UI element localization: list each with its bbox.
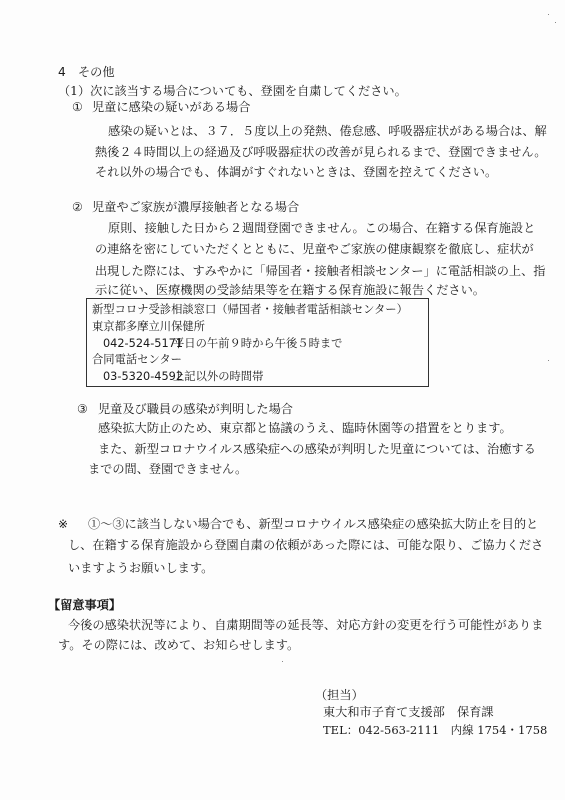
- item-title-1: 児童に感染の疑いがある場合: [92, 99, 250, 115]
- scan-speck: [548, 14, 549, 15]
- contact-office-1-hours: 平日の午前９時から午後５時まで: [173, 336, 342, 352]
- item-marker-3: ③: [77, 401, 88, 417]
- contact-office-2-phone: 03-5320-4592: [103, 369, 183, 385]
- scan-speck: [282, 661, 283, 662]
- remarks-line-2: す。その際には、改めて、お知らせします。: [58, 637, 299, 653]
- remarks-heading: 【留意事項】: [48, 597, 121, 613]
- item-1-line-1: 感染の疑いとは、３７．５度以上の発熱、倦怠感、呼吸器症状がある場合は、解: [108, 123, 547, 139]
- item-2-line-4: 示に従い、医療機関の受診結果等を在籍する保育施設に報告ください。: [95, 282, 485, 298]
- note-line-2: し、在籍する保育施設から登園自粛の依頼があった際には、可能な限り、ご協力くださ: [68, 537, 543, 553]
- document-page: 4 その他 （1）次に該当する場合についても、登園を自粛してください。 ① 児童…: [0, 0, 565, 800]
- section-heading: 4 その他: [58, 64, 115, 80]
- scan-speck: [555, 22, 556, 23]
- item-2-line-1: 原則、接触した日から２週間登園できません。この場合、在籍する保育施設と: [108, 220, 535, 236]
- contact-tel: TEL：042-563-2111 内線 1754・1758: [323, 722, 547, 738]
- consultation-contact-box: 新型コロナ受診相談窓口（帰国者・接触者電話相談センター） 東京都多摩立川保健所 …: [86, 298, 429, 387]
- item-marker-1: ①: [72, 99, 83, 115]
- item-2-line-3: 出現した際には、すみやかに「帰国者・接触者相談センター」に電話相談の上、指: [95, 263, 545, 279]
- item-1-line-2: 熱後２４時間以上の経過及び呼吸器症状の改善が見られるまで、登園できません。: [95, 144, 546, 160]
- section-subheading: （1）次に該当する場合についても、登園を自粛してください。: [58, 83, 407, 99]
- note-line-1: ①～③に該当しない場合でも、新型コロナウイルス感染症の感染拡大防止を目的と: [88, 516, 538, 532]
- contact-label: （担当）: [315, 687, 364, 703]
- scan-speck: [548, 360, 549, 361]
- note-line-3: いますようお願いします。: [68, 560, 213, 576]
- contact-office-1: 東京都多摩立川保健所: [92, 319, 205, 335]
- item-title-2: 児童やご家族が濃厚接触者となる場合: [92, 199, 299, 215]
- contact-office-1-phone: 042-524-5171: [103, 336, 183, 352]
- item-1-line-3: それ以外の場合でも、体調がすぐれないときは、登園を控えてください。: [95, 164, 497, 180]
- item-title-3: 児童及び職員の感染が判明した場合: [98, 401, 293, 417]
- item-3-line-1: 感染拡大防止のため、東京都と協議のうえ、臨時休園等の措置をとります。: [98, 420, 512, 436]
- item-3-line-3: までの間、登園できません。: [88, 461, 247, 477]
- contact-box-title: 新型コロナ受診相談窓口（帰国者・接触者電話相談センター）: [92, 302, 408, 318]
- contact-office-2-hours: 上記以外の時間帯: [173, 369, 263, 385]
- contact-office-2: 合同電話センター: [92, 352, 182, 368]
- remarks-line-1: 今後の感染状況等により、自粛期間等の延長等、対応方針の変更を行う可能性がありま: [68, 617, 543, 633]
- note-marker: ※: [58, 516, 68, 532]
- item-2-line-2: の連絡を密にしていただくとともに、児童やご家族の健康観察を徹底し、症状が: [95, 241, 534, 257]
- item-marker-2: ②: [72, 199, 83, 215]
- contact-department: 東大和市子育て支援部 保育課: [323, 704, 494, 720]
- item-3-line-2: また、新型コロナウイルス感染症への感染が判明した児童については、治癒する: [98, 441, 536, 457]
